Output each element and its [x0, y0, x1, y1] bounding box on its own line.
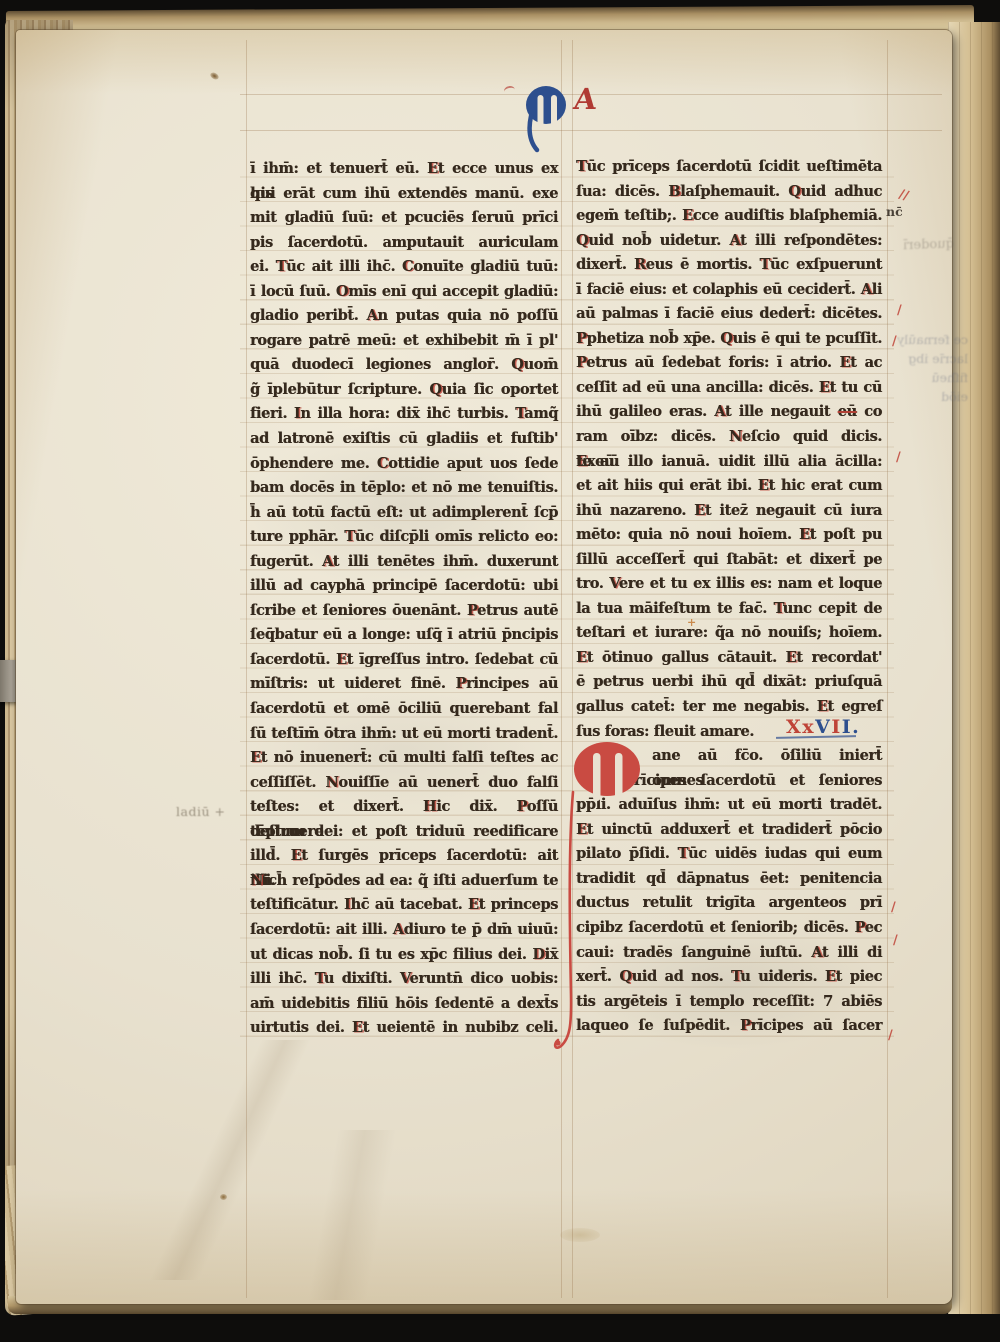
- text-line: qui erāt cum ihū extendēs manū. exe: [250, 182, 558, 207]
- margin-correction-slash: ∕: [888, 1028, 893, 1043]
- ink-showthrough-block: ce fernaūlylacrīe ibgfiſheūeiōd: [876, 330, 968, 406]
- text-line: fieri. In illa hora: dix̄ ihc̄ turbis. T…: [250, 402, 558, 427]
- chapter-number: XxVII.: [786, 716, 860, 738]
- parchment-stain: [560, 1228, 600, 1242]
- text-line: ihū galileo eras. At ille negauit eū co: [576, 400, 882, 425]
- text-line: teſtari et iurare: q̃a nō nouiſs; hoīem.: [576, 621, 882, 646]
- text-line: Et nō inuenert̄: cū multi falſi teſtes a…: [250, 746, 558, 771]
- text-line: illū ad cayphā principē ſacerdotū: ubi: [250, 574, 558, 599]
- text-line: fugerūt. At illi tenētes ihm̄. duxerunt: [250, 550, 558, 575]
- text-line: rogare patrē meū: et exhibebit m̄ ī pl': [250, 329, 558, 354]
- text-line: aū palmas ī faciē eius dedert̄: dicētes.: [576, 302, 882, 327]
- text-line: mēto: quia nō noui hoīem. Et poſt pu: [576, 523, 882, 548]
- text-line: ſacerdotū. Et īgreſſus intro. ſedebat cū: [250, 648, 558, 673]
- text-line: g̃ īplebūtur ſcripture. Quia ſic oportet: [250, 378, 558, 403]
- running-header: A: [524, 84, 614, 158]
- chapter-number-letter: V: [815, 716, 831, 738]
- text-line: cipibz ſacerdotū et ſeniorib; dicēs. Pec: [576, 916, 882, 941]
- text-line: ad latronē exiſtis cū gladiis et fuſtib': [250, 427, 558, 452]
- text-line: ei. Tūc ait illi ihc̄. Conuīte gladiū tu…: [250, 255, 558, 280]
- text-line: tis argēteis ī templo receſſit: 7 abiēs: [576, 990, 882, 1015]
- text-line: bam docēs in tēplo: et nō me tenuiſtis.: [250, 476, 558, 501]
- insertion-caret-mark: +: [687, 616, 696, 629]
- text-line: laqueo ſe ſuſpēdit. Prīcipes aū ſacer: [576, 1014, 882, 1039]
- text-line: ī ihm̄: et tenuert̄ eū. Et ecce unus ex …: [250, 157, 558, 182]
- text-line: ut dicas nob̄. ſi tu es xp̄c filius dei.…: [250, 943, 558, 968]
- text-line: mīſtris: ut uideret finē. Principes aū: [250, 672, 558, 697]
- text-line: ī locū ſuū. Omīs enī qui accepit gladiū:: [250, 280, 558, 305]
- text-line: ture pphār. Tūc diſcp̄li omīs relicto eo…: [250, 525, 558, 550]
- text-line: caui: tradēs ſanguinē iuſtū. At illi di: [576, 941, 882, 966]
- manuscript-photo: A ī ihm̄: et tenuert̄ eū. Et ecce unus e…: [0, 0, 1000, 1342]
- text-line: tēplum dei: et poſt triduū reedificare: [250, 820, 558, 845]
- running-header-letter-m: [524, 84, 570, 154]
- text-line: Quid nob̄ uidetur. At illi reſpondētes:: [576, 229, 882, 254]
- text-line: ſū teſtīm̄ ōtra ihm̄: ut eū morti traden…: [250, 722, 558, 747]
- text-line: teſtes: et dixert̄. Hic dix̄. Poſſū deſt…: [250, 795, 558, 820]
- text-line: illd̄. Et ſurgēs prīceps ſacerdotū: ait …: [250, 844, 558, 869]
- text-line: ihū nazareno. Et itez̄ negauit cū iura: [576, 499, 882, 524]
- text-line: ſillū acceſſert̄ qui ſtabāt: et dixert̄ …: [576, 548, 882, 573]
- text-line: Petrus aū ſedebat foris: ī atrio. Et ac: [576, 351, 882, 376]
- running-header-letter-a: A: [572, 82, 599, 116]
- margin-correction-slash: ∕: [891, 900, 896, 915]
- chapter-number-letter: I: [831, 716, 841, 738]
- ink-showthrough-line: eiōd: [876, 387, 968, 406]
- text-line: egem̄ teſtib;. Ecce audiſtis blaſphemiā.: [576, 204, 882, 229]
- text-line: teſtificātur. Ihc̄ aū tacebat. Et prince…: [250, 893, 558, 918]
- text-line: dixert̄. Reus ē mortis. Tūc exſpuerunt: [576, 253, 882, 278]
- ink-showthrough-line: fiſheū: [876, 368, 968, 387]
- chapter-number-letter: I: [842, 716, 852, 738]
- ink-showthrough-line: lacrīe ibg: [876, 349, 968, 368]
- text-line: quā duodecī legiones anglor̄. Quom̄: [250, 353, 558, 378]
- text-line: ē petrus uerbi ihū qd̄ dixāt: priuſquā: [576, 670, 882, 695]
- margin-correction-slash: ∕: [892, 334, 897, 349]
- text-line: tradidit qd̄ dāpnatus ēet: penitencia: [576, 867, 882, 892]
- text-line: ceſſit ad eū una ancilla: dicēs. Et tu c…: [576, 376, 882, 401]
- text-line: am̄ uidebitis filiū hōis ſedentē a dext̄…: [250, 992, 558, 1017]
- text-line: ceſſiſſēt. Nouiſſīe aū uenert̄ duo falſi: [250, 771, 558, 796]
- text-line: la tua māifeſtum te fac̄. Tunc cepit de: [576, 597, 882, 622]
- text-line: gladio peribt̄. An putas quia nō poſſū: [250, 304, 558, 329]
- text-line: pilato p̄ſidi. Tūc uidēs iudas qui eum: [576, 842, 882, 867]
- book-fore-edge: [948, 22, 1000, 1314]
- text-line: Et ōtinuo gallus cātauit. Et recordat': [576, 646, 882, 671]
- text-line: Et uinctū adduxert̄ et tradidert̄ pōcio: [576, 818, 882, 843]
- margin-correction-slash: ∕: [896, 450, 901, 465]
- chapter-number-letter: X: [786, 716, 802, 738]
- margin-correction-slash: ∕: [893, 933, 898, 948]
- text-line: et ait hiis qui erāt ibi. Et hic erat cu…: [576, 474, 882, 499]
- text-line: ī faciē eius: et colaphis eū cecidert̄. …: [576, 278, 882, 303]
- text-line: xert̄. Quid ad nos. Tu uideris. Et piec: [576, 965, 882, 990]
- text-line: pis ſacerdotū. amputauit auriculam: [250, 231, 558, 256]
- text-line: Pphetiza nob̄ xp̄e. Quis ē qui te pcuſſi…: [576, 327, 882, 352]
- text-line: ſacerdotū et omē ōciliū querebant fal: [250, 697, 558, 722]
- text-line: ſcribe et ſeniores ōuenānt. Petrus autē: [250, 599, 558, 624]
- margin-correction-slash: ∕: [897, 303, 902, 318]
- ink-showthrough-line: ce fernaūly: [876, 330, 968, 349]
- chapter-number-letter: x: [802, 716, 815, 738]
- text-line: ductus retulit trigīta argenteos prī: [576, 891, 882, 916]
- text-line: ſacerdotū: ait illi. Adiuro te p̄ dm̄ ui…: [250, 918, 558, 943]
- parchment-stain: [220, 1194, 227, 1200]
- text-line: uirtutis dei. Et ueientē in nubibz celi.: [250, 1016, 558, 1041]
- margin-correction-note: nc̄: [886, 204, 903, 219]
- text-column-left: ī ihm̄: et tenuert̄ eū. Et ecce unus ex …: [250, 157, 558, 1041]
- text-line: Nich̄ reſpōdes ad ea: q̃ iſti aduerſum t…: [250, 869, 558, 894]
- drop-cap-descender-flourish: [552, 790, 596, 1058]
- text-line: Tūc prīceps ſacerdotū ſcidit ueſtimēta: [576, 155, 882, 180]
- text-line: ſeq̄batur eū a longe: uſq̄ ī atriū p̄nci…: [250, 623, 558, 648]
- ink-showthrough-text: q̄uoderī: [868, 237, 954, 255]
- margin-note-left: ladiū +: [176, 804, 225, 819]
- text-line: mit gladiū ſuū: et pcuciēs ſeruū prīci: [250, 206, 558, 231]
- text-line: te aū illo ianuā. uidit illū alia ācilla…: [576, 450, 882, 475]
- text-column-right: Tūc prīceps ſacerdotū ſcidit ueſtimētaſu…: [576, 155, 882, 1039]
- text-line: ōphendere me. Cottidie aput uos ſede: [250, 452, 558, 477]
- text-line: ſua: dicēs. Blaſphemauit. Quid adhuc: [576, 180, 882, 205]
- text-line: ram oībz: dicēs. Neſcio quid dicis. Exeū: [576, 425, 882, 450]
- text-line: tro. Vere et tu ex illis es: nam et loqu…: [576, 572, 882, 597]
- chapter-number-letter: .: [852, 716, 860, 738]
- text-line: h̄ aū totū factū eſt: ut adimplerent̄ ſc…: [250, 501, 558, 526]
- text-line: illi ihc̄. Tu dixiſti. Veruntn̄ dico uob…: [250, 967, 558, 992]
